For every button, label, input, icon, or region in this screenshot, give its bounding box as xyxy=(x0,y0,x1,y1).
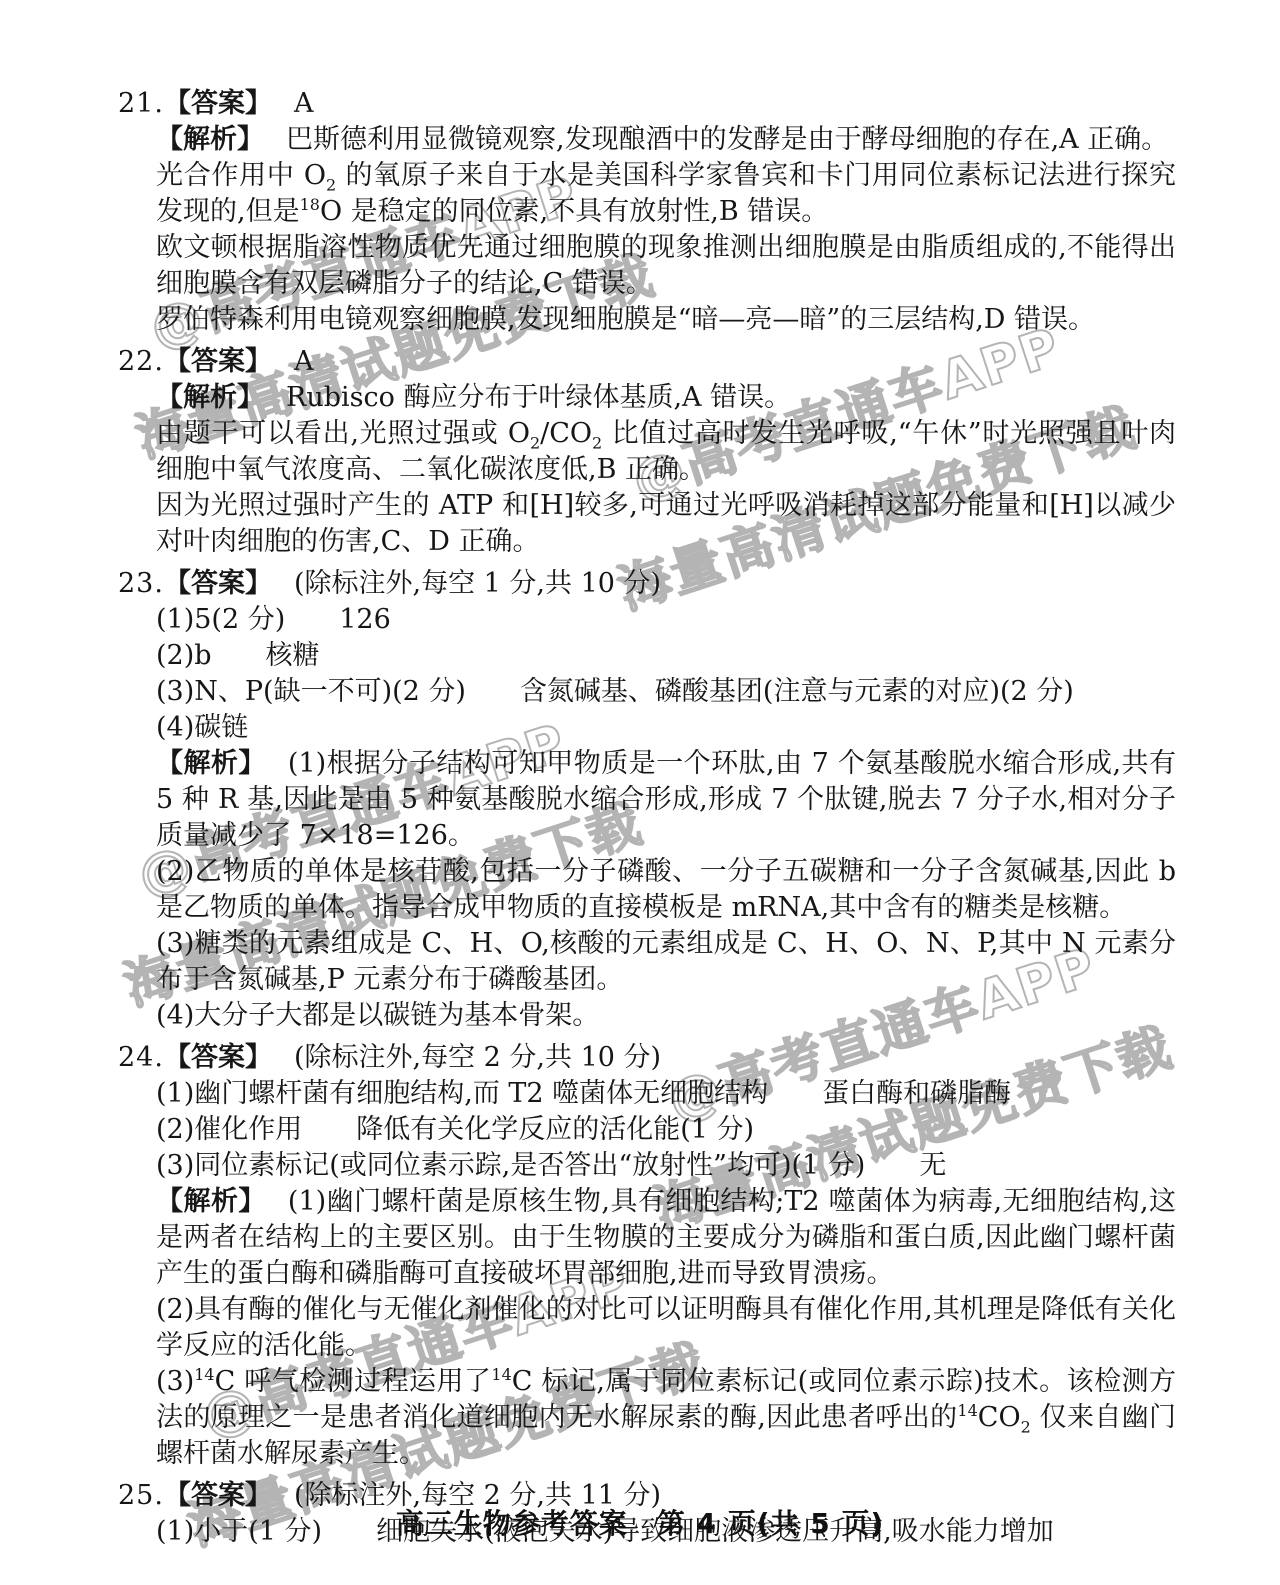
text-paragraph: 因为光照过强时产生的 ATP 和[H]较多,可通过光呼吸消耗掉这部分能量和[H]… xyxy=(156,488,1176,560)
text-paragraph: (2)b 核糖 xyxy=(156,638,1176,674)
text-run: (除标注外,每空 1 分,共 10 分) xyxy=(294,568,661,599)
text-paragraph: (1)幽门螺杆菌有细胞结构,而 T2 噬菌体无细胞结构 蛋白酶和磷脂酶 xyxy=(156,1076,1176,1112)
text-run: 巴斯德利用显微镜观察,发现酿酒中的发酵是由于酵母细胞的存在,A 正确。 xyxy=(286,124,1168,155)
subscript: 2 xyxy=(326,175,336,194)
text-paragraph: (3)14C 呼气检测过程运用了14C 标记,属于同位素标记(或同位素示踪)技术… xyxy=(156,1364,1176,1472)
answer-paragraph: 23.【答案】(除标注外,每空 1 分,共 10 分) xyxy=(156,566,1176,602)
answer-label: 【答案】 xyxy=(164,568,272,599)
text-run: (1)5(2 分) 126 xyxy=(156,604,391,635)
text-run: (4)碳链 xyxy=(156,712,248,743)
text-paragraph: (1)5(2 分) 126 xyxy=(156,602,1176,638)
text-run: 罗伯特森利用电镜观察细胞膜,发现细胞膜是“暗—亮—暗”的三层结构,D 错误。 xyxy=(156,304,1095,335)
text-run: (2)乙物质的单体是核苷酸,包括一分子磷酸、一分子五碳糖和一分子含氮碱基,因此 … xyxy=(156,856,1176,923)
question-21: 21.【答案】A【解析】巴斯德利用显微镜观察,发现酿酒中的发酵是由于酵母细胞的存… xyxy=(156,86,1176,338)
question-number: 22. xyxy=(118,346,164,377)
text-run: (1)幽门螺杆菌有细胞结构,而 T2 噬菌体无细胞结构 蛋白酶和磷脂酶 xyxy=(156,1078,1011,1109)
text-paragraph: (3)糖类的元素组成是 C、H、O,核酸的元素组成是 C、H、O、N、P,其中 … xyxy=(156,926,1176,998)
answer-sheet: 21.【答案】A【解析】巴斯德利用显微镜观察,发现酿酒中的发酵是由于酵母细胞的存… xyxy=(156,86,1176,1550)
text-run: (2)b 核糖 xyxy=(156,640,320,671)
text-paragraph: (3)同位素标记(或同位素示踪,是否答出“放射性”均可)(1 分) 无 xyxy=(156,1148,1176,1184)
text-paragraph: (4)碳链 xyxy=(156,710,1176,746)
analysis-paragraph: 【解析】Rubisco 酶应分布于叶绿体基质,A 错误。 xyxy=(156,380,1176,416)
text-run: (3)同位素标记(或同位素示踪,是否答出“放射性”均可)(1 分) 无 xyxy=(156,1150,946,1181)
analysis-paragraph: 【解析】(1)根据分子结构可知甲物质是一个环肽,由 7 个氨基酸脱水缩合形成,共… xyxy=(156,746,1176,854)
analysis-label: 【解析】 xyxy=(156,124,264,155)
text-run: CO xyxy=(978,1402,1021,1433)
subscript: 2 xyxy=(530,433,540,452)
question-number: 21. xyxy=(118,88,164,119)
analysis-paragraph: 【解析】巴斯德利用显微镜观察,发现酿酒中的发酵是由于酵母细胞的存在,A 正确。 xyxy=(156,122,1176,158)
analysis-paragraph: 【解析】(1)幽门螺杆菌是原核生物,具有细胞结构;T2 噬菌体为病毒,无细胞结构… xyxy=(156,1184,1176,1292)
text-run: (除标注外,每空 2 分,共 10 分) xyxy=(294,1042,661,1073)
analysis-label: 【解析】 xyxy=(156,748,266,779)
superscript: 14 xyxy=(194,1365,214,1384)
text-run: (1)根据分子结构可知甲物质是一个环肽,由 7 个氨基酸脱水缩合形成,共有 5 … xyxy=(156,748,1176,851)
answer-label: 【答案】 xyxy=(164,346,272,377)
text-paragraph: 光合作用中 O2 的氧原子来自于水是美国科学家鲁宾和卡门用同位素标记法进行探究发… xyxy=(156,158,1176,230)
text-run: (1)幽门螺杆菌是原核生物,具有细胞结构;T2 噬菌体为病毒,无细胞结构,这是两… xyxy=(156,1186,1176,1289)
question-24: 24.【答案】(除标注外,每空 2 分,共 10 分)(1)幽门螺杆菌有细胞结构… xyxy=(156,1040,1176,1472)
text-paragraph: 罗伯特森利用电镜观察细胞膜,发现细胞膜是“暗—亮—暗”的三层结构,D 错误。 xyxy=(156,302,1176,338)
text-run: (2)具有酶的催化与无催化剂催化的对比可以证明酶具有催化作用,其机理是降低有关化… xyxy=(156,1294,1176,1361)
text-run: 由题干可以看出,光照过强或 O xyxy=(156,418,530,449)
text-paragraph: (2)催化作用 降低有关化学反应的活化能(1 分) xyxy=(156,1112,1176,1148)
text-run: (2)催化作用 降低有关化学反应的活化能(1 分) xyxy=(156,1114,754,1145)
page-footer: 高三生物参考答案 第 4 页(共 5 页) xyxy=(0,1502,1280,1542)
text-run: 因为光照过强时产生的 ATP 和[H]较多,可通过光呼吸消耗掉这部分能量和[H]… xyxy=(156,490,1176,557)
text-run: (3) xyxy=(156,1366,194,1397)
answer-sheet-page: @高考直通车APP海量高清试题免费下载@高考直通车APP海量高清试题免费下载@高… xyxy=(0,0,1280,1585)
text-paragraph: (2)具有酶的催化与无催化剂催化的对比可以证明酶具有催化作用,其机理是降低有关化… xyxy=(156,1292,1176,1364)
text-run: /CO xyxy=(540,418,592,449)
subscript: 2 xyxy=(1021,1417,1031,1436)
text-run: C 呼气检测过程运用了 xyxy=(215,1366,492,1397)
text-run: 欧文顿根据脂溶性物质优先通过细胞膜的现象推测出细胞膜是由脂质组成的,不能得出细胞… xyxy=(156,232,1176,299)
text-paragraph: (4)大分子大都是以碳链为基本骨架。 xyxy=(156,998,1176,1034)
superscript: 18 xyxy=(300,195,320,214)
answer-paragraph: 24.【答案】(除标注外,每空 2 分,共 10 分) xyxy=(156,1040,1176,1076)
analysis-label: 【解析】 xyxy=(156,382,264,413)
analysis-label: 【解析】 xyxy=(156,1186,266,1217)
text-paragraph: (3)N、P(缺一不可)(2 分) 含氮碱基、磷酸基团(注意与元素的对应)(2 … xyxy=(156,674,1176,710)
answer-paragraph: 21.【答案】A xyxy=(156,86,1176,122)
text-paragraph: 由题干可以看出,光照过强或 O2/CO2 比值过高时发生光呼吸,“午休”时光照强… xyxy=(156,416,1176,488)
answer-label: 【答案】 xyxy=(164,88,272,119)
answer-label: 【答案】 xyxy=(164,1042,272,1073)
question-number: 23. xyxy=(118,568,164,599)
text-run: (3)N、P(缺一不可)(2 分) 含氮碱基、磷酸基团(注意与元素的对应)(2 … xyxy=(156,676,1074,707)
superscript: 14 xyxy=(491,1365,511,1384)
answer-paragraph: 22.【答案】A xyxy=(156,344,1176,380)
text-run: (3)糖类的元素组成是 C、H、O,核酸的元素组成是 C、H、O、N、P,其中 … xyxy=(156,928,1176,995)
question-23: 23.【答案】(除标注外,每空 1 分,共 10 分)(1)5(2 分) 126… xyxy=(156,566,1176,1034)
text-run: (4)大分子大都是以碳链为基本骨架。 xyxy=(156,1000,599,1031)
text-paragraph: (2)乙物质的单体是核苷酸,包括一分子磷酸、一分子五碳糖和一分子含氮碱基,因此 … xyxy=(156,854,1176,926)
text-run: A xyxy=(294,88,314,119)
subscript: 2 xyxy=(592,433,602,452)
text-run: 光合作用中 O xyxy=(156,160,326,191)
text-run: A xyxy=(294,346,314,377)
superscript: 14 xyxy=(957,1401,977,1420)
text-run: Rubisco 酶应分布于叶绿体基质,A 错误。 xyxy=(286,382,791,413)
question-number: 24. xyxy=(118,1042,164,1073)
question-22: 22.【答案】A【解析】Rubisco 酶应分布于叶绿体基质,A 错误。由题干可… xyxy=(156,344,1176,560)
text-run: O 是稳定的同位素,不具有放射性,B 错误。 xyxy=(320,196,828,227)
text-paragraph: 欧文顿根据脂溶性物质优先通过细胞膜的现象推测出细胞膜是由脂质组成的,不能得出细胞… xyxy=(156,230,1176,302)
